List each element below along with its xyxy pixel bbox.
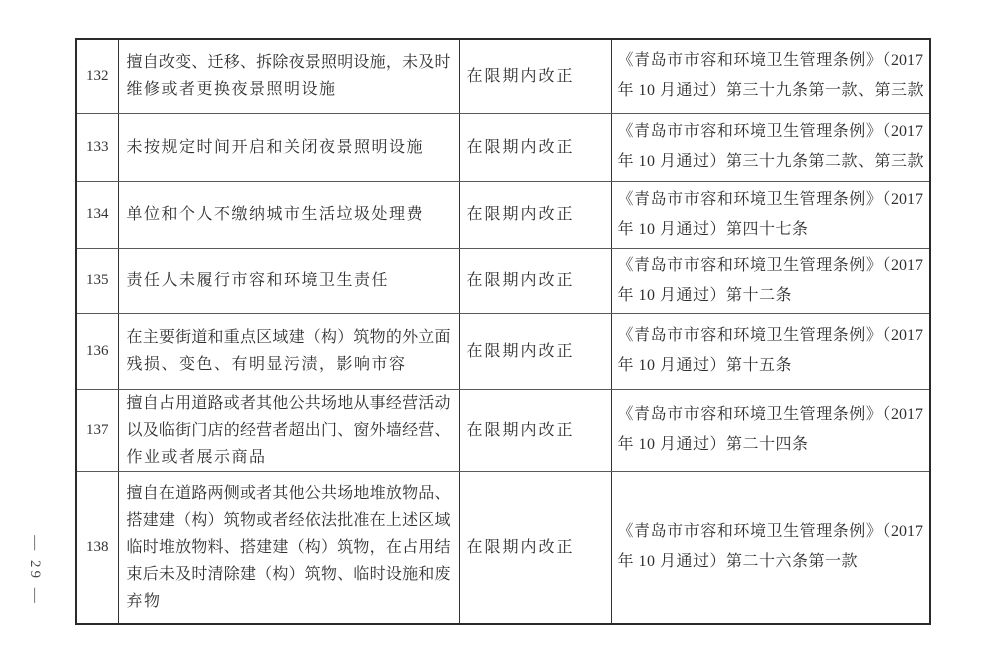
legal-basis-cell: 《青岛市市容和环境卫生管理条例》（2017 年 10 月通过）第四十七条 bbox=[611, 181, 930, 248]
legal-line: 《青岛市市容和环境卫生管理条例》（2017 bbox=[618, 117, 924, 147]
page-number: — 29 — bbox=[10, 524, 58, 616]
table-row: 135 责任人未履行市容和环境卫生责任 在限期内改正 《青岛市市容和环境卫生管理… bbox=[76, 248, 930, 313]
legal-line: 年 10 月通过）第二十六条第一款 bbox=[618, 547, 924, 577]
legal-basis-cell: 《青岛市市容和环境卫生管理条例》（2017 年 10 月通过）第二十四条 bbox=[611, 389, 930, 471]
violation-line: 在主要街道和重点区域建（构）筑物的外立面 bbox=[127, 324, 451, 351]
row-number-cell: 135 bbox=[76, 248, 118, 313]
measure-label: 在限期内改正 bbox=[467, 267, 604, 294]
violation-line: 搭建建（构）筑物或者经依法批准在上述区域 bbox=[127, 507, 451, 534]
table-row: 134 单位和个人不缴纳城市生活垃圾处理费 在限期内改正 《青岛市市容和环境卫生… bbox=[76, 181, 930, 248]
violation-line: 残损、变色、有明显污渍，影响市容 bbox=[127, 351, 451, 378]
table-row: 132 擅自改变、迁移、拆除夜景照明设施，未及时 维修或者更换夜景照明设施 在限… bbox=[76, 39, 930, 113]
legal-line: 《青岛市市容和环境卫生管理条例》（2017 bbox=[618, 185, 924, 215]
measure-cell: 在限期内改正 bbox=[459, 113, 611, 181]
violation-line: 弃物 bbox=[127, 588, 451, 615]
violation-cell: 在主要街道和重点区域建（构）筑物的外立面 残损、变色、有明显污渍，影响市容 bbox=[118, 313, 459, 389]
violation-line: 束后未及时清除建（构）筑物、临时设施和废 bbox=[127, 561, 451, 588]
legal-line: 《青岛市市容和环境卫生管理条例》（2017 bbox=[618, 400, 924, 430]
legal-line: 年 10 月通过）第四十七条 bbox=[618, 215, 924, 245]
row-number-cell: 138 bbox=[76, 471, 118, 624]
violation-line: 擅自在道路两侧或者其他公共场地堆放物品、 bbox=[127, 480, 451, 507]
table-row: 138 擅自在道路两侧或者其他公共场地堆放物品、 搭建建（构）筑物或者经依法批准… bbox=[76, 471, 930, 624]
violation-cell: 擅自改变、迁移、拆除夜景照明设施，未及时 维修或者更换夜景照明设施 bbox=[118, 39, 459, 113]
measure-label: 在限期内改正 bbox=[467, 63, 604, 90]
measure-cell: 在限期内改正 bbox=[459, 248, 611, 313]
legal-line: 《青岛市市容和环境卫生管理条例》（2017 bbox=[618, 517, 924, 547]
legal-line: 年 10 月通过）第三十九条第一款、第三款 bbox=[618, 76, 924, 106]
row-number-cell: 137 bbox=[76, 389, 118, 471]
document-page: — 29 — 132 擅自改变、迁移、拆除夜景照明设施，未及时 维修或者更换夜景… bbox=[0, 0, 1005, 662]
legal-basis-cell: 《青岛市市容和环境卫生管理条例》（2017 年 10 月通过）第三十九条第二款、… bbox=[611, 113, 930, 181]
violation-line: 责任人未履行市容和环境卫生责任 bbox=[127, 267, 451, 294]
legal-line: 《青岛市市容和环境卫生管理条例》（2017 bbox=[618, 46, 924, 76]
violation-cell: 责任人未履行市容和环境卫生责任 bbox=[118, 248, 459, 313]
row-number-cell: 136 bbox=[76, 313, 118, 389]
measure-cell: 在限期内改正 bbox=[459, 313, 611, 389]
measure-label: 在限期内改正 bbox=[467, 134, 604, 161]
violation-line: 维修或者更换夜景照明设施 bbox=[127, 76, 451, 103]
violation-cell: 擅自在道路两侧或者其他公共场地堆放物品、 搭建建（构）筑物或者经依法批准在上述区… bbox=[118, 471, 459, 624]
violation-line: 单位和个人不缴纳城市生活垃圾处理费 bbox=[127, 201, 451, 228]
violation-line: 以及临街门店的经营者超出门、窗外墙经营、 bbox=[127, 417, 451, 444]
measure-label: 在限期内改正 bbox=[467, 338, 604, 365]
violation-cell: 未按规定时间开启和关闭夜景照明设施 bbox=[118, 113, 459, 181]
violation-cell: 擅自占用道路或者其他公共场地从事经营活动 以及临街门店的经营者超出门、窗外墙经营… bbox=[118, 389, 459, 471]
row-number-cell: 134 bbox=[76, 181, 118, 248]
legal-line: 年 10 月通过）第二十四条 bbox=[618, 430, 924, 460]
measure-cell: 在限期内改正 bbox=[459, 181, 611, 248]
violation-line: 擅自改变、迁移、拆除夜景照明设施，未及时 bbox=[127, 49, 451, 76]
legal-line: 年 10 月通过）第十二条 bbox=[618, 281, 924, 311]
measure-cell: 在限期内改正 bbox=[459, 389, 611, 471]
legal-basis-cell: 《青岛市市容和环境卫生管理条例》（2017 年 10 月通过）第十五条 bbox=[611, 313, 930, 389]
legal-basis-cell: 《青岛市市容和环境卫生管理条例》（2017 年 10 月通过）第二十六条第一款 bbox=[611, 471, 930, 624]
regulation-table: 132 擅自改变、迁移、拆除夜景照明设施，未及时 维修或者更换夜景照明设施 在限… bbox=[75, 38, 931, 625]
violation-line: 未按规定时间开启和关闭夜景照明设施 bbox=[127, 134, 451, 161]
measure-label: 在限期内改正 bbox=[467, 201, 604, 228]
violation-line: 作业或者展示商品 bbox=[127, 444, 451, 471]
page-number-label: — 29 — bbox=[26, 535, 43, 606]
legal-basis-cell: 《青岛市市容和环境卫生管理条例》（2017 年 10 月通过）第三十九条第一款、… bbox=[611, 39, 930, 113]
row-number-cell: 132 bbox=[76, 39, 118, 113]
legal-line: 《青岛市市容和环境卫生管理条例》（2017 bbox=[618, 321, 924, 351]
legal-basis-cell: 《青岛市市容和环境卫生管理条例》（2017 年 10 月通过）第十二条 bbox=[611, 248, 930, 313]
measure-label: 在限期内改正 bbox=[467, 417, 604, 444]
legal-line: 年 10 月通过）第三十九条第二款、第三款 bbox=[618, 147, 924, 177]
table-row: 133 未按规定时间开启和关闭夜景照明设施 在限期内改正 《青岛市市容和环境卫生… bbox=[76, 113, 930, 181]
violation-line: 临时堆放物料、搭建建（构）筑物，在占用结 bbox=[127, 534, 451, 561]
violation-line: 擅自占用道路或者其他公共场地从事经营活动 bbox=[127, 390, 451, 417]
measure-cell: 在限期内改正 bbox=[459, 471, 611, 624]
row-number-cell: 133 bbox=[76, 113, 118, 181]
violation-cell: 单位和个人不缴纳城市生活垃圾处理费 bbox=[118, 181, 459, 248]
measure-label: 在限期内改正 bbox=[467, 534, 604, 561]
table-row: 137 擅自占用道路或者其他公共场地从事经营活动 以及临街门店的经营者超出门、窗… bbox=[76, 389, 930, 471]
legal-line: 《青岛市市容和环境卫生管理条例》（2017 bbox=[618, 251, 924, 281]
table-row: 136 在主要街道和重点区域建（构）筑物的外立面 残损、变色、有明显污渍，影响市… bbox=[76, 313, 930, 389]
measure-cell: 在限期内改正 bbox=[459, 39, 611, 113]
legal-line: 年 10 月通过）第十五条 bbox=[618, 351, 924, 381]
